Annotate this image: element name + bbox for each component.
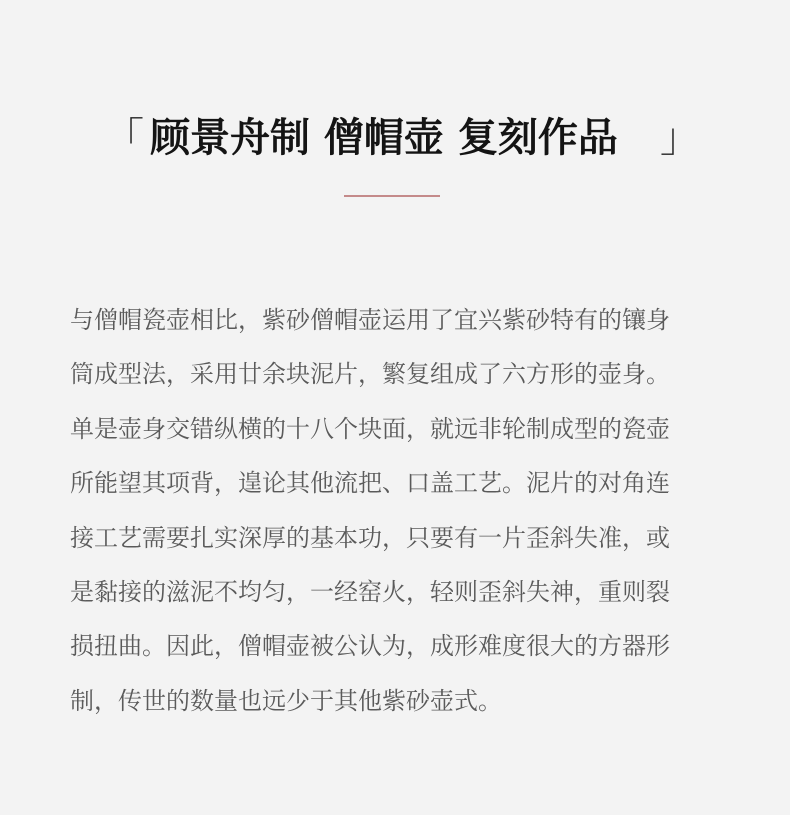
paragraph-line: 接工艺需要扎实深厚的基本功，只要有一片歪斜失准，或 bbox=[70, 511, 720, 565]
title-row: 「 顾景舟制 僧帽壶 复刻作品 」 bbox=[0, 112, 790, 164]
paragraph-line: 是黏接的滋泥不均匀，一经窑火，轻则歪斜失神，重则裂 bbox=[70, 565, 720, 619]
title-divider bbox=[344, 195, 440, 197]
paragraph-line: 筒成型法，采用廿余块泥片，繁复组成了六方形的壶身。 bbox=[70, 347, 720, 401]
page-title: 顾景舟制 僧帽壶 复刻作品 bbox=[150, 112, 650, 164]
paragraph-line: 所能望其项背，遑论其他流把、口盖工艺。泥片的对角连 bbox=[70, 456, 720, 510]
paragraph-line: 制，传世的数量也远少于其他紫砂壶式。 bbox=[70, 674, 720, 728]
paragraph-line: 与僧帽瓷壶相比，紫砂僧帽壶运用了宜兴紫砂特有的镶身 bbox=[70, 293, 720, 347]
right-corner-bracket: 」 bbox=[660, 112, 700, 164]
paragraph-line: 损扭曲。因此，僧帽壶被公认为，成形难度很大的方器形 bbox=[70, 619, 720, 673]
left-corner-bracket: 「 bbox=[104, 112, 144, 164]
paragraph-line: 单是壶身交错纵横的十八个块面，就远非轮制成型的瓷壶 bbox=[70, 402, 720, 456]
article-paragraph: 与僧帽瓷壶相比，紫砂僧帽壶运用了宜兴紫砂特有的镶身 筒成型法，采用廿余块泥片，繁… bbox=[70, 293, 720, 728]
